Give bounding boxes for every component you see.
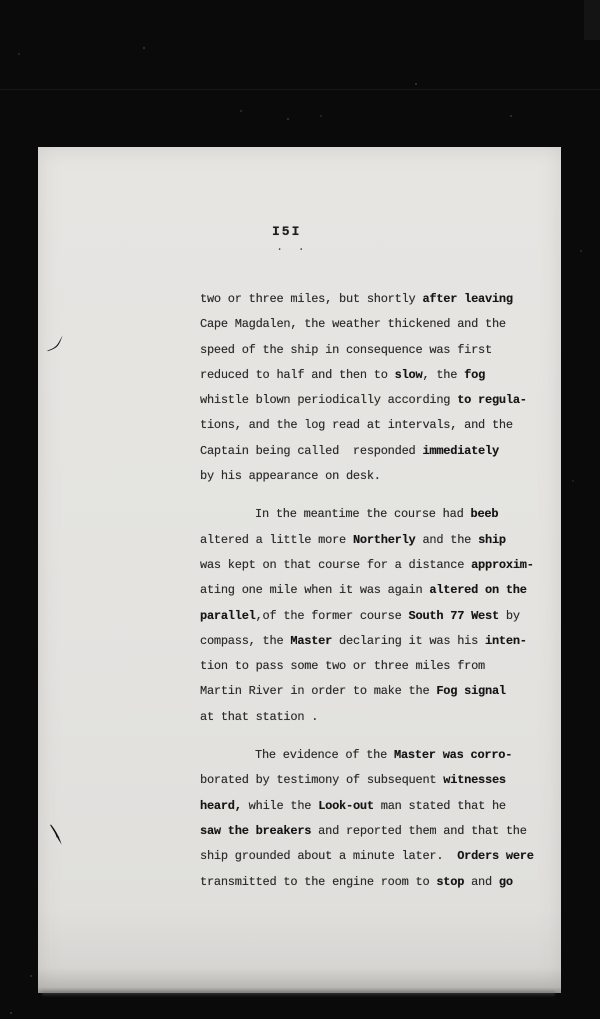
text-segment: heard, [200, 799, 242, 813]
text-segment: approxim- [471, 558, 534, 572]
text-line: by his appearance on desk. [200, 464, 544, 489]
text-segment: ating one mile when it was again [200, 583, 429, 597]
text-segment: and the [416, 533, 479, 547]
text-segment: In the meantime the course had [255, 507, 471, 521]
text-segment: Look-out [318, 799, 374, 813]
text-segment: tion to pass some two or three miles fro… [200, 659, 485, 673]
text-segment: beeb [471, 507, 499, 521]
text-segment: speed of the ship in consequence was fir… [200, 343, 492, 357]
text-segment: altered a little more [200, 533, 353, 547]
text-segment: fog [464, 368, 485, 382]
text-segment: whistle blown periodically according [200, 393, 457, 407]
text-line: at that station . [200, 705, 544, 730]
text-line: tion to pass some two or three miles fro… [200, 654, 544, 679]
text-segment: ,of the former course [256, 609, 409, 623]
text-segment: declaring it was his [332, 634, 485, 648]
text-segment: Cape Magdalen, the weather thickened and… [200, 317, 506, 331]
text-segment: at that station . [200, 710, 318, 724]
text-segment: Captain being called responded [200, 444, 422, 458]
text-line: The evidence of the Master was corro- [200, 743, 544, 768]
text-segment: , the [422, 368, 464, 382]
text-line: ship grounded about a minute later. Orde… [200, 844, 544, 869]
document-page: I5I . . two or three miles, but shortly … [38, 147, 561, 993]
text-segment: by his appearance on desk. [200, 469, 381, 483]
text-segment: stop [436, 875, 464, 889]
text-segment: Orders were [457, 849, 533, 863]
text-segment: witnesses [443, 773, 506, 787]
backing-seam [0, 89, 600, 90]
text-line: Cape Magdalen, the weather thickened and… [200, 312, 544, 337]
text-segment: after leaving [422, 292, 512, 306]
text-line: whistle blown periodically according to … [200, 388, 544, 413]
text-line: transmitted to the engine room to stop a… [200, 870, 544, 895]
text-segment: go [499, 875, 513, 889]
page-number-dots: . . [276, 240, 305, 254]
text-segment: Master was corro- [394, 748, 512, 762]
text-line: saw the breakers and reported them and t… [200, 819, 544, 844]
text-segment: Fog signal [436, 684, 506, 698]
text-line: ating one mile when it was again altered… [200, 578, 544, 603]
paragraph: The evidence of the Master was corro-bor… [200, 743, 544, 895]
text-line: tions, and the log read at intervals, an… [200, 413, 544, 438]
check-mark [47, 334, 64, 352]
text-segment: The evidence of the [255, 748, 394, 762]
text-line: parallel,of the former course South 77 W… [200, 604, 544, 629]
text-segment: parallel [200, 609, 256, 623]
text-segment: Martin River in order to make the [200, 684, 436, 698]
text-segment: saw the breakers [200, 824, 311, 838]
text-line: was kept on that course for a distance a… [200, 553, 544, 578]
text-segment: borated by testimony of subsequent [200, 773, 443, 787]
text-segment: to regula- [457, 393, 527, 407]
text-line: In the meantime the course had beeb [200, 502, 544, 527]
text-block: two or three miles, but shortly after le… [200, 287, 544, 895]
scanned-document-photo: I5I . . two or three miles, but shortly … [0, 0, 600, 1019]
text-line: altered a little more Northerly and the … [200, 528, 544, 553]
paragraph: In the meantime the course had beebalter… [200, 502, 544, 730]
text-segment: ship grounded about a minute later. [200, 849, 457, 863]
arrow-mark [50, 824, 64, 846]
text-segment: and reported them and that the [311, 824, 527, 838]
text-line: Martin River in order to make the Fog si… [200, 679, 544, 704]
paragraph: two or three miles, but shortly after le… [200, 287, 544, 489]
text-segment: Master [290, 634, 332, 648]
text-segment: by [499, 609, 520, 623]
text-segment: while the [242, 799, 318, 813]
text-segment: inten- [485, 634, 527, 648]
text-segment: reduced to half and then to [200, 368, 395, 382]
text-line: speed of the ship in consequence was fir… [200, 338, 544, 363]
text-segment: two or three miles, but shortly [200, 292, 422, 306]
text-segment: man stated that he [374, 799, 506, 813]
text-segment: immediately [422, 444, 498, 458]
text-line: heard, while the Look-out man stated tha… [200, 794, 544, 819]
text-segment: was kept on that course for a distance [200, 558, 471, 572]
page-number: I5I [272, 224, 301, 239]
text-segment: ship [478, 533, 506, 547]
text-segment: tions, and the log read at intervals, an… [200, 418, 513, 432]
text-segment: South 77 West [409, 609, 499, 623]
text-line: borated by testimony of subsequent witne… [200, 768, 544, 793]
corner-shade [584, 0, 600, 40]
film-grain [0, 0, 2, 2]
text-line: Captain being called responded immediate… [200, 439, 544, 464]
text-segment: transmitted to the engine room to [200, 875, 436, 889]
text-line: compass, the Master declaring it was his… [200, 629, 544, 654]
text-segment: Northerly [353, 533, 416, 547]
text-segment: compass, the [200, 634, 290, 648]
text-segment: slow [395, 368, 423, 382]
text-line: two or three miles, but shortly after le… [200, 287, 544, 312]
text-segment: and [464, 875, 499, 889]
text-line: reduced to half and then to slow, the fo… [200, 363, 544, 388]
text-segment: altered on the [429, 583, 526, 597]
